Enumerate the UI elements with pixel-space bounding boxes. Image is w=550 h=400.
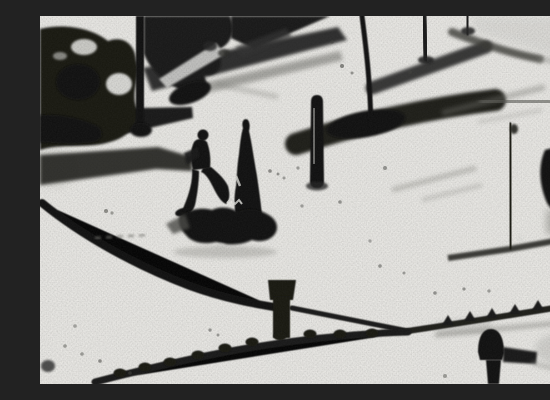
film-grain-overlay <box>40 16 550 384</box>
photo-canvas <box>40 16 550 384</box>
photo-boulevard-du-temple-detail: Grainy black-and-white halftone photogra… <box>40 16 550 384</box>
